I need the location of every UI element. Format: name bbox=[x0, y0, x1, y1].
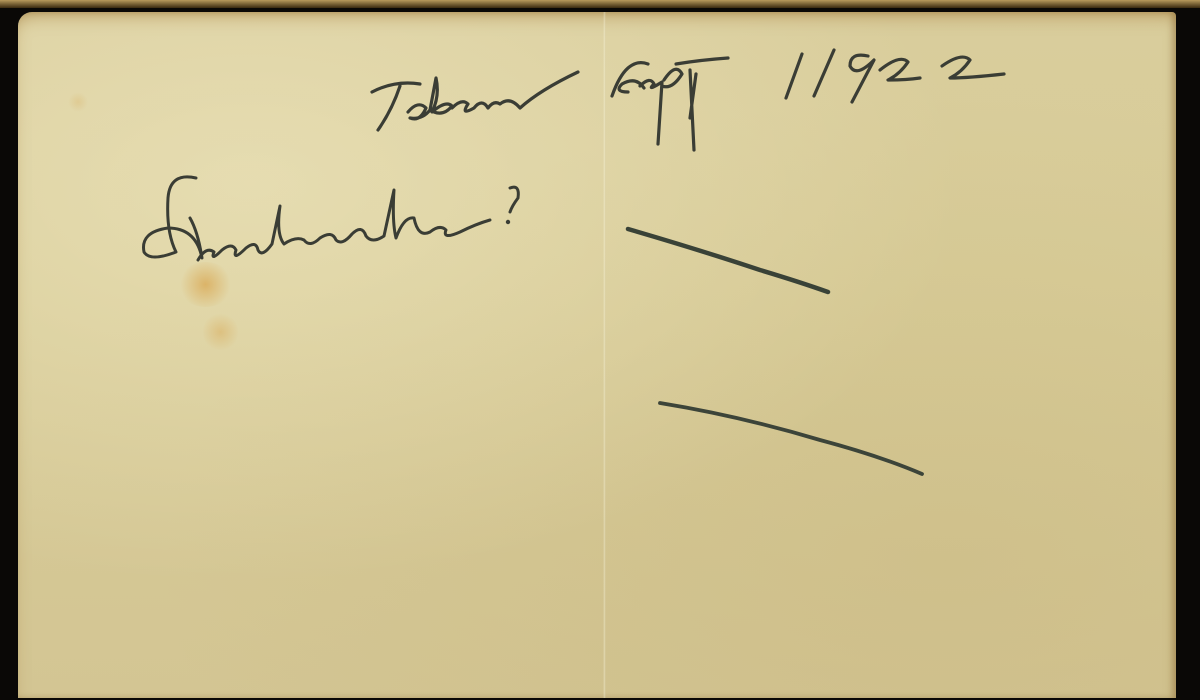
handwriting-layer bbox=[0, 0, 1200, 700]
pencil-line bbox=[660, 403, 922, 474]
date-annotation bbox=[372, 50, 1004, 150]
subject-annotation bbox=[144, 177, 519, 260]
pencil-line bbox=[628, 229, 828, 292]
